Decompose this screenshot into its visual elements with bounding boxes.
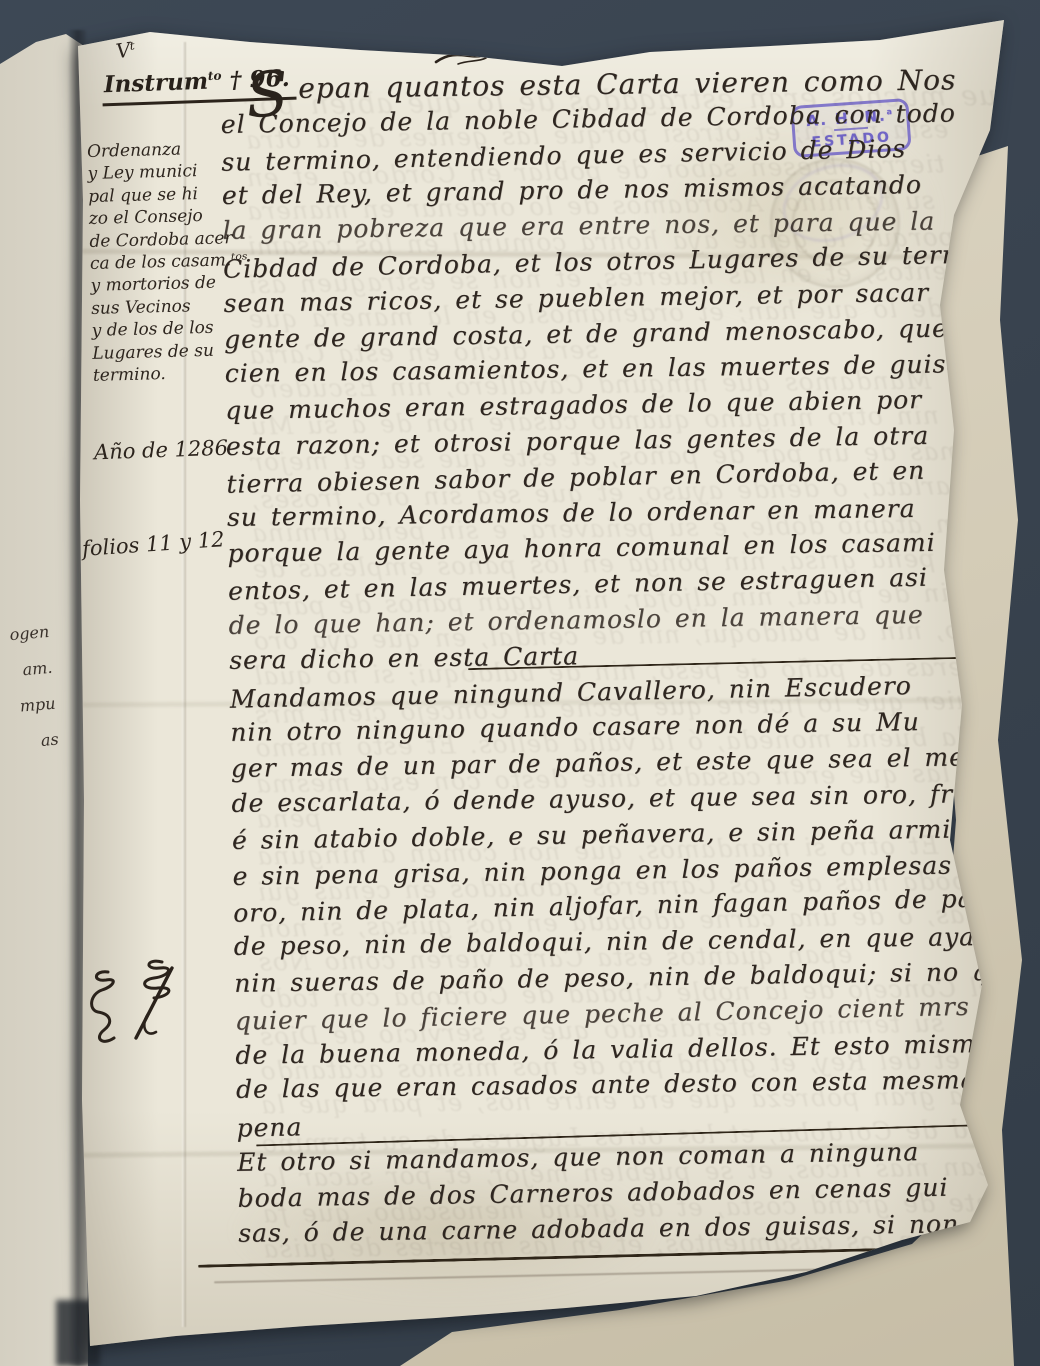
- photo-scene: ogenam.mpuas A. H. N.a ESTADO: [0, 0, 1040, 1366]
- margin-note-line: ca de los casam.ᵗᵒˢ: [90, 249, 241, 275]
- margin-note-line: termino.: [93, 361, 244, 387]
- top-flourish-mark: [428, 42, 608, 70]
- margin-summary-note: Ordenanzay Ley municipal que se hizo el …: [87, 137, 243, 387]
- rubric-flourish: [84, 966, 126, 1052]
- manuscript-line-text: pena: [236, 1112, 302, 1142]
- rubric-flourish: [128, 954, 182, 1054]
- manuscript-page-wrap: A. H. N.a ESTADO Vᵗ Instrumto † 96. Orde…: [0, 0, 1040, 1366]
- opening-initial: S: [244, 57, 291, 133]
- margin-year-note: Año de 1286: [94, 436, 229, 465]
- margin-check-mark: Vᵗ: [114, 37, 137, 63]
- manuscript-page: A. H. N.a ESTADO Vᵗ Instrumto † 96. Orde…: [0, 0, 1040, 1366]
- heading-word: Instrum: [103, 68, 208, 99]
